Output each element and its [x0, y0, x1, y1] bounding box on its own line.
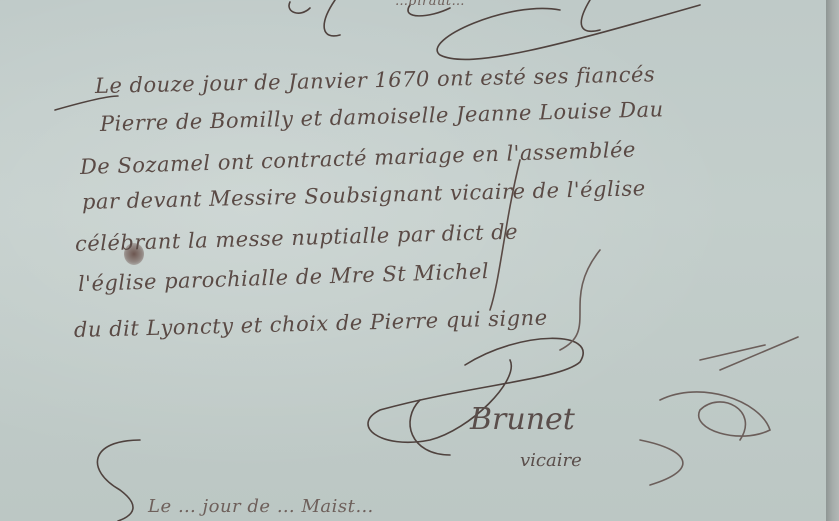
manuscript-line-4: par devant Messire Soubsignant vicaire d… — [82, 176, 646, 214]
page-binding-edge — [826, 0, 839, 521]
manuscript-line-6: l'église parochialle de Mre St Michel — [78, 259, 490, 296]
manuscript-line-2: Pierre de Bomilly et damoiselle Jeanne L… — [100, 97, 664, 136]
manuscript-page: …biraut… Le douze jour de Janvier 1670 o… — [0, 0, 826, 521]
signature-name: Brunet — [470, 402, 575, 437]
manuscript-line-1: Le douze jour de Janvier 1670 ont esté s… — [95, 62, 656, 98]
manuscript-line-5: célébrant la messe nuptialle par dict de — [75, 220, 519, 256]
next-entry-fragment: Le … jour de … Maist… — [148, 496, 374, 517]
signature-title: vicaire — [520, 450, 582, 471]
manuscript-line-3: De Sozamel ont contracté mariage en l'as… — [80, 138, 637, 179]
top-fragment-text: …biraut… — [395, 0, 465, 9]
manuscript-line-7: du dit Lyoncty et choix de Pierre qui si… — [74, 306, 548, 342]
